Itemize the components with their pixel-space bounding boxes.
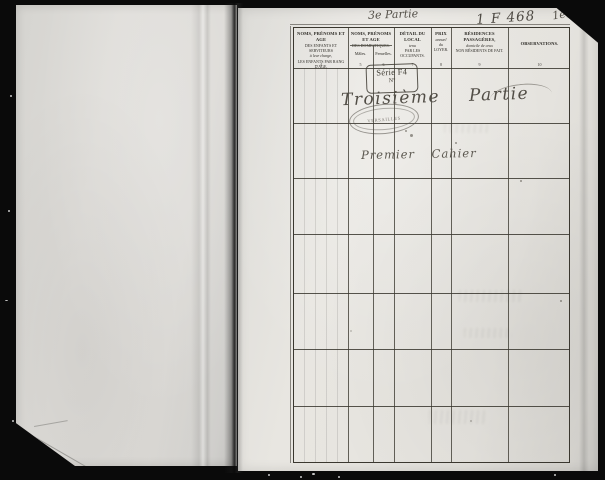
bleedthrough-mark — [444, 124, 488, 133]
dust-speck — [8, 210, 10, 212]
scan-background: 3e Partie 1 F 468 1er cah. NOMS, PRÉNOMS… — [0, 0, 605, 480]
grid-line — [326, 68, 327, 462]
foxing-speck — [410, 134, 413, 137]
grid-line — [294, 178, 569, 179]
title-premier-cahier: Premier Cahier — [361, 146, 477, 162]
bleedthrough-mark — [464, 328, 512, 338]
dust-speck — [300, 476, 302, 478]
grid-line — [294, 406, 569, 407]
dust-speck — [338, 476, 340, 478]
dust-speck — [5, 300, 8, 301]
dog-ear-fold — [20, 428, 88, 468]
grid-line — [294, 349, 569, 350]
annotation-part-number: 3e Partie — [368, 7, 419, 22]
grid-line — [337, 68, 338, 462]
fold-crease — [191, 5, 211, 466]
stamp-number-label: N° — [367, 77, 417, 85]
stamp-series-label: Série F4 — [367, 66, 417, 78]
page-edge-crease — [579, 8, 589, 471]
dust-speck — [12, 420, 14, 422]
grid-line — [294, 123, 569, 124]
foxing-speck — [470, 420, 472, 422]
stamp-city-label: VERSAILLES — [367, 115, 401, 123]
annotation-cahier-abbrev: 1er cah. — [551, 3, 598, 23]
dog-ear-fold — [34, 420, 68, 427]
right-page: 3e Partie 1 F 468 1er cah. NOMS, PRÉNOMS… — [238, 8, 598, 471]
dust-speck — [268, 474, 270, 476]
grid-line — [294, 293, 569, 294]
dust-speck — [10, 95, 12, 97]
foxing-speck — [405, 130, 407, 132]
dust-speck — [312, 473, 315, 475]
foxing-speck — [560, 300, 562, 302]
dust-speck — [554, 474, 556, 476]
page-spine — [224, 3, 243, 473]
annotation-archive-cote: 1 F 468 — [476, 8, 536, 28]
foxing-speck — [520, 180, 522, 182]
bleedthrough-mark — [459, 290, 521, 302]
left-page — [16, 5, 237, 466]
bleedthrough-mark — [429, 410, 485, 424]
grid-line — [315, 68, 316, 462]
grid-line — [294, 234, 569, 235]
foxing-speck — [350, 330, 352, 332]
grid-line — [304, 68, 305, 462]
foxing-speck — [455, 142, 457, 144]
grid-line — [294, 68, 569, 69]
